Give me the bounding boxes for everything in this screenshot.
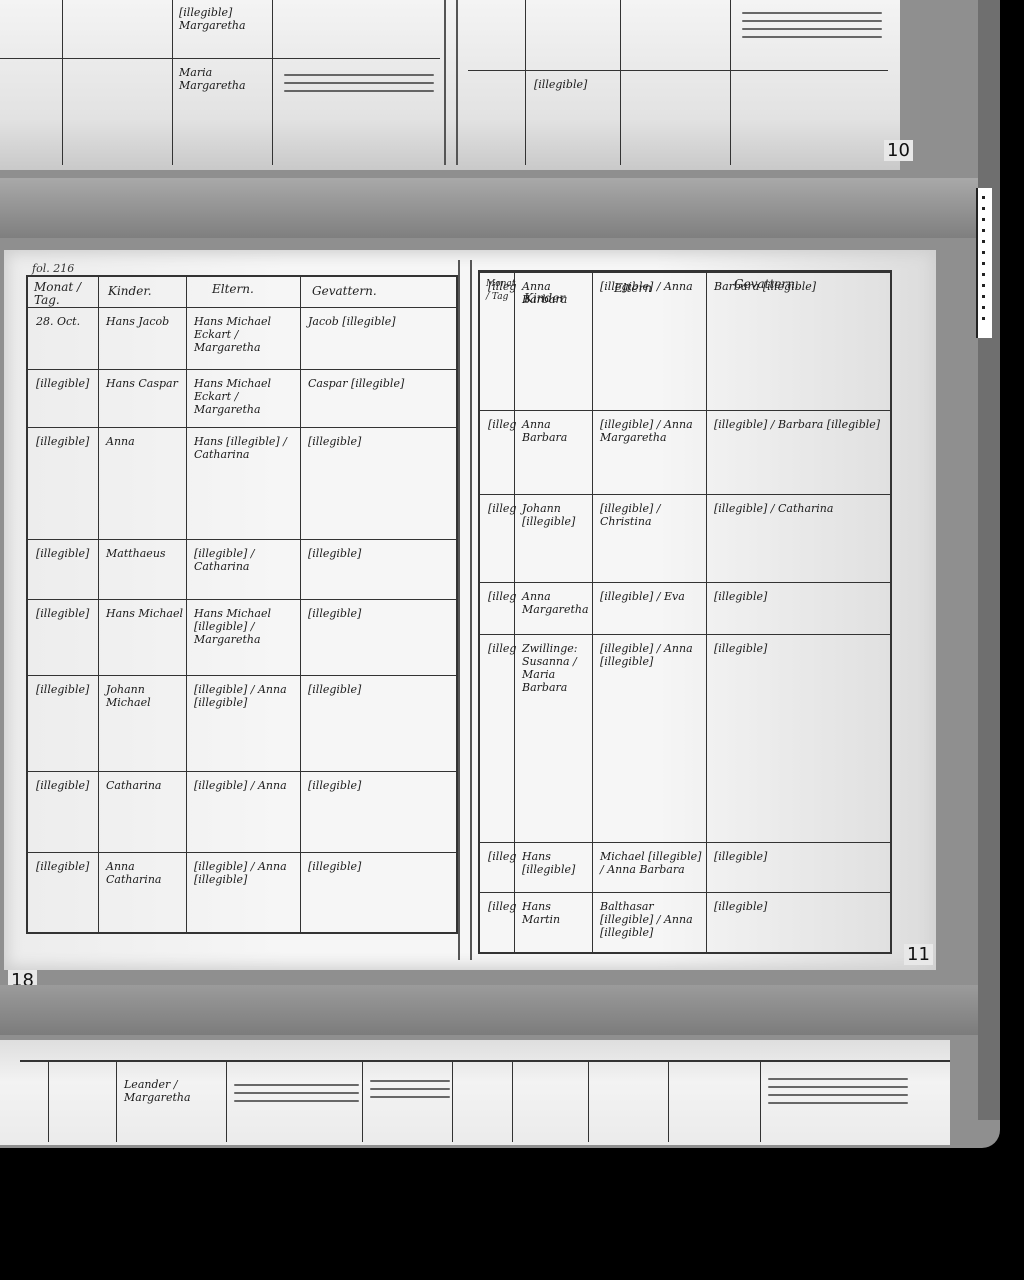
entry-text: [illegible] xyxy=(530,76,623,93)
entry-godparents: [illegible] xyxy=(304,605,458,675)
entry-date: [illegible] xyxy=(32,777,100,852)
entry-date: 28. Oct. xyxy=(32,313,100,369)
entry-date: [illegible] xyxy=(32,681,100,771)
entry-parents: Hans Michael [illegible] / Margaretha xyxy=(190,605,302,675)
entry-parents: [illegible] / Anna xyxy=(596,278,708,410)
entry-child: Anna xyxy=(102,433,188,539)
entry-parents: [illegible] / Anna xyxy=(190,777,302,852)
entry-parents: [illegible] / Anna [illegible] xyxy=(190,681,302,771)
entry-parents: [illegible] / Catharina xyxy=(190,545,302,599)
row-divider xyxy=(480,892,890,893)
entry-date: [illegible] xyxy=(484,416,516,494)
row-divider xyxy=(480,582,890,583)
entry-godparents: [illegible] xyxy=(304,545,458,599)
row-divider xyxy=(28,369,456,370)
entry-date: [illegible] xyxy=(484,588,516,634)
entry-godparents: [illegible] xyxy=(710,898,892,952)
row-divider xyxy=(28,675,456,676)
page-gutter xyxy=(458,260,472,960)
previous-page-strip: [illegible] Margaretha Maria Margaretha … xyxy=(0,0,900,170)
row-divider xyxy=(28,307,456,308)
entry-godparents: [illegible] xyxy=(304,777,458,852)
entry-godparents: [illegible] xyxy=(304,681,458,771)
row-divider xyxy=(480,272,890,273)
entry-godparents: [illegible] xyxy=(304,858,458,932)
entry-parents: [illegible] / Christina xyxy=(596,500,708,582)
entry-date: [illegible] xyxy=(32,605,100,675)
entry-text: Maria Margaretha xyxy=(175,64,278,94)
entry-parents: [illegible] / Eva xyxy=(596,588,708,634)
entry-date: [illegible] xyxy=(484,500,516,582)
entry-date: [illegible] xyxy=(484,848,516,892)
entry-text: [illegible] Margaretha xyxy=(175,4,273,34)
entry-text xyxy=(230,1076,363,1110)
row-divider xyxy=(480,842,890,843)
column-header-godparents: Gevattern. xyxy=(308,283,456,300)
entry-date: [illegible] xyxy=(32,433,100,539)
entry-child: Anna Barbara xyxy=(518,278,594,410)
frame-number: 10 xyxy=(884,140,913,161)
entry-godparents: Jacob [illegible] xyxy=(304,313,458,369)
entry-text: Leander / Margaretha xyxy=(120,1076,228,1106)
left-page: Monat / Tag. Kinder. Eltern. Gevattern. … xyxy=(26,275,458,934)
row-divider xyxy=(28,852,456,853)
scanner-border xyxy=(1000,0,1024,1148)
entry-text xyxy=(738,4,886,46)
entry-child: Hans Caspar xyxy=(102,375,188,427)
row-divider xyxy=(28,771,456,772)
entry-parents: Balthasar [illegible] / Anna [illegible] xyxy=(596,898,708,952)
row-divider xyxy=(28,427,456,428)
entry-child: Hans Michael xyxy=(102,605,188,675)
entry-child: Anna Barbara xyxy=(518,416,594,494)
entry-godparents: [illegible] xyxy=(710,588,892,634)
entry-child: Hans [illegible] xyxy=(518,848,594,892)
entry-parents: [illegible] / Anna Margaretha xyxy=(596,416,708,494)
entry-date: [illegible] xyxy=(32,375,100,427)
entry-child: Hans Jacob xyxy=(102,313,188,369)
column-header-parents: Eltern. xyxy=(208,281,304,298)
entry-godparents: [illegible] / Barbara [illegible] xyxy=(710,416,892,494)
entry-date: [illegible] xyxy=(484,898,516,952)
row-divider xyxy=(28,539,456,540)
entry-child: Zwillinge: Susanna / Maria Barbara xyxy=(518,640,594,842)
film-edge xyxy=(978,0,1000,1120)
folio-label: fol. 216 xyxy=(32,262,74,275)
entry-text xyxy=(764,1070,912,1112)
entry-child: Matthaeus xyxy=(102,545,188,599)
frame-number: 11 xyxy=(904,944,933,965)
entry-parents: [illegible] / Anna [illegible] xyxy=(190,858,302,932)
entry-child: Hans Martin xyxy=(518,898,594,952)
film-gap xyxy=(0,178,980,238)
row-divider xyxy=(28,599,456,600)
entry-child: Anna Margaretha xyxy=(518,588,594,634)
entry-parents: Hans Michael Eckart / Margaretha xyxy=(190,375,302,427)
entry-parents: Hans Michael Eckart / Margaretha xyxy=(190,313,302,369)
entry-parents: Hans [illegible] / Catharina xyxy=(190,433,302,539)
entry-text xyxy=(366,1072,454,1106)
entry-godparents: [illegible] xyxy=(710,848,892,892)
right-page: Monat / Tag Kinder Eltern Gevattern. [il… xyxy=(478,270,892,954)
entry-parents: [illegible] / Anna [illegible] xyxy=(596,640,708,842)
entry-date: [illegible] xyxy=(484,278,516,410)
column-header-date: Monat / Tag. xyxy=(30,279,102,309)
entry-child: Johann [illegible] xyxy=(518,500,594,582)
page-gutter xyxy=(444,0,458,165)
microfilm-frame: [illegible] Margaretha Maria Margaretha … xyxy=(0,0,1000,1148)
film-edge-markings xyxy=(976,188,992,338)
entry-text xyxy=(280,66,438,100)
entry-date: [illegible] xyxy=(32,858,100,932)
row-divider xyxy=(480,634,890,635)
next-page-strip: Leander / Margaretha xyxy=(0,1040,950,1145)
entry-child: Catharina xyxy=(102,777,188,852)
entry-godparents: Caspar [illegible] xyxy=(304,375,458,427)
entry-godparents: [illegible] / Catharina xyxy=(710,500,892,582)
row-divider xyxy=(480,494,890,495)
entry-date: [illegible] xyxy=(32,545,100,599)
entry-godparents: [illegible] xyxy=(304,433,458,539)
entry-child: Anna Catharina xyxy=(102,858,188,932)
entry-parents: Michael [illegible] / Anna Barbara xyxy=(596,848,708,892)
row-divider xyxy=(480,410,890,411)
entry-godparents: [illegible] xyxy=(710,640,892,842)
entry-date: [illegible] xyxy=(484,640,516,842)
entry-godparents: Barbara [illegible] xyxy=(710,278,892,410)
column-header-child: Kinder. xyxy=(104,283,190,300)
entry-child: Johann Michael xyxy=(102,681,188,771)
film-gap xyxy=(0,985,980,1035)
